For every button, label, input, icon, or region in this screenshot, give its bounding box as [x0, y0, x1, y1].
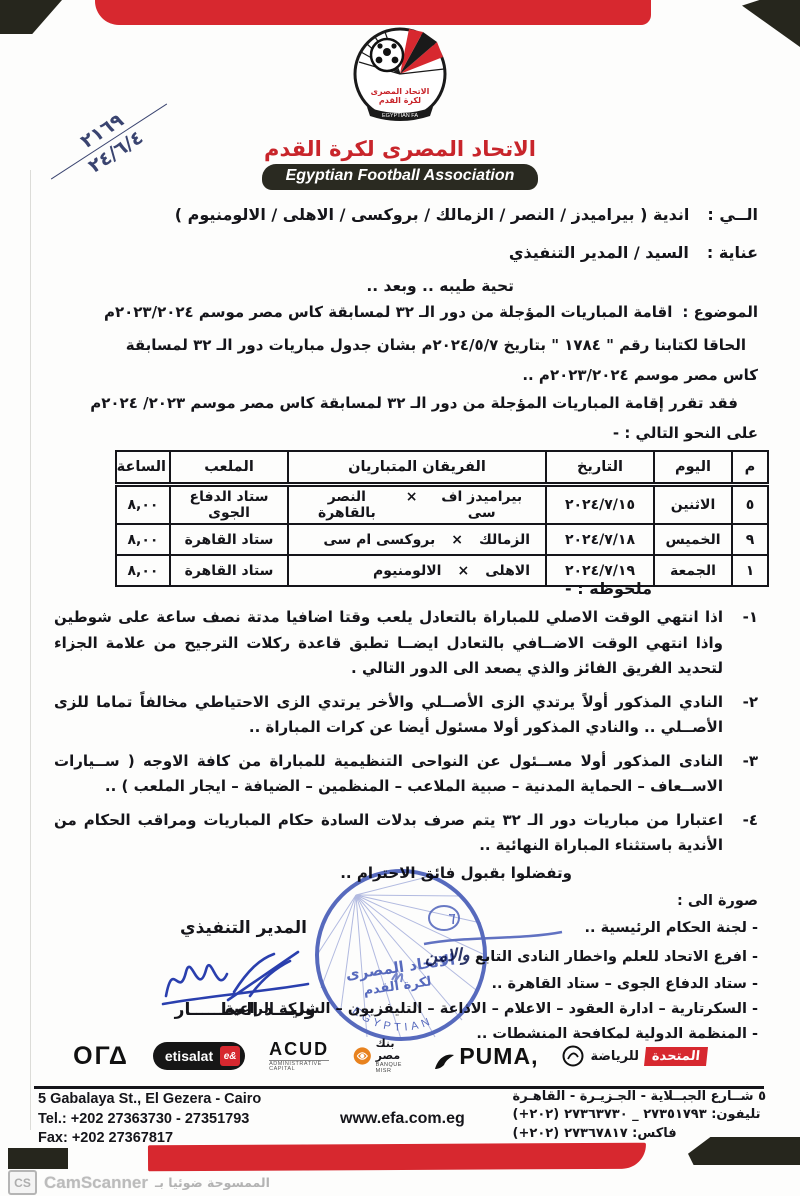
- footer-address-ar: ٥ شــارع الجبــلاية - الجـزيـرة - القاهـ…: [513, 1088, 766, 1143]
- note-item: ٤- اعتبارا من مباريات دور الـ ٣٢ يتم صرف…: [54, 808, 758, 859]
- match-time: ٨,٠٠: [116, 555, 170, 586]
- camscanner-arabic: الممسوحة ضوئيا بـ: [155, 1175, 270, 1190]
- camscanner-watermark: CS CamScanner الممسوحة ضوئيا بـ: [8, 1170, 270, 1195]
- table-row: ٥ الاثنين ٢٠٢٤/٧/١٥ بيراميدز اف سى × الن…: [116, 485, 768, 525]
- footer-address-en: 5 Gabalaya St., El Gezera - Cairo Tel.: …: [38, 1090, 261, 1149]
- footer-website: www.efa.com.eg: [340, 1110, 465, 1128]
- sponsor-etisalat-logo: etisalat e&: [153, 1042, 245, 1070]
- team-a: بيراميدز اف سى: [433, 489, 530, 521]
- match-number: ٥: [732, 485, 768, 525]
- attention-value: السيد / المدير التنفيذي: [509, 243, 689, 262]
- efa-logo: الاتحاد المصرى لكرة القدم EGYPTIAN FA: [347, 24, 453, 132]
- address-line-ar: ٥ شــارع الجبــلاية - الجـزيـرة - القاهـ…: [513, 1088, 766, 1106]
- body-paragraph-2: كاس مصر موسم ٢٠٢٣/٢٠٢٤م ..: [40, 366, 758, 384]
- note-text: اذا انتهي الوقت الاصلي للمباراة بالتعادل…: [54, 605, 723, 682]
- subject-value: اقامة المباريات المؤجلة من دور الـ ٣٢ لم…: [104, 303, 672, 321]
- table-header-cell: الفريقان المتباريان: [288, 451, 546, 485]
- greeting: تحية طيبه .. وبعد ..: [366, 277, 514, 295]
- note-text: النادى المذكور أولا مســئول عن النواحى ا…: [54, 749, 723, 800]
- table-header-cell: الملعب: [170, 451, 288, 485]
- match-stadium: ستاد الدفاع الجوى: [170, 485, 288, 525]
- note-number: ٤-: [732, 808, 758, 859]
- to-value: اندية ( بيراميدز / النصر / الزمالك / برو…: [175, 205, 690, 224]
- subject-label: الموضوع :: [682, 303, 758, 321]
- note-item: ٣- النادى المذكور أولا مســئول عن النواح…: [54, 749, 758, 800]
- note-number: ١-: [732, 605, 758, 682]
- logo-banner-text: EGYPTIAN FA: [382, 113, 418, 119]
- vs-mark: ×: [406, 489, 418, 521]
- team-b: الالومنيوم: [373, 563, 441, 579]
- sponsor-united-sports-logo: للرياضة المتحدة: [562, 1045, 706, 1067]
- bottom-red-band: [148, 1143, 646, 1172]
- match-day: الجمعة: [654, 555, 732, 586]
- match-stadium: ستاد القاهرة: [170, 524, 288, 555]
- scanned-letter-page: الاتحاد المصرى لكرة القدم EGYPTIAN FA ال…: [0, 0, 800, 1196]
- vs-mark: ×: [451, 532, 463, 548]
- table-header-cell: الساعة: [116, 451, 170, 485]
- scan-edge-line: [30, 170, 31, 1130]
- notes-list: ١- اذا انتهي الوقت الاصلي للمباراة بالتع…: [54, 605, 758, 867]
- match-teams: الزمالك × بروكسى ام سى: [288, 524, 546, 555]
- bottom-left-corner-band: [8, 1148, 68, 1169]
- body-paragraph-4: على النحو التالي : -: [40, 424, 758, 442]
- match-time: ٨,٠٠: [116, 485, 170, 525]
- official-stamp: الاتحاد المصرى لكرة القدم ٦ EGYPTIAN: [296, 860, 568, 1050]
- table-header-row: م اليوم التاريخ الفريقان المتباريان المل…: [116, 451, 768, 485]
- body-paragraph-1: الحاقا لكتابنا رقم " ١٧٨٤ " بتاريخ ٢٠٢٤/…: [40, 336, 758, 354]
- table-header-cell: التاريخ: [546, 451, 654, 485]
- stamp-hand-mark: ٦: [446, 909, 456, 928]
- match-number: ٩: [732, 524, 768, 555]
- match-teams: الاهلى × الالومنيوم: [288, 555, 546, 586]
- notes-title: ملحوظة : -: [565, 579, 652, 598]
- match-time: ٨,٠٠: [116, 524, 170, 555]
- note-item: ٢- النادي المذكور أولاً يرتدي الزى الأصـ…: [54, 690, 758, 741]
- org-banner-english: Egyptian Football Association: [262, 164, 539, 190]
- cs-icon: CS: [8, 1170, 37, 1195]
- subject-line: الموضوع : اقامة المباريات المؤجلة من دور…: [40, 303, 758, 321]
- match-date: ٢٠٢٤/٧/١٥: [546, 485, 654, 525]
- note-number: ٢-: [732, 690, 758, 741]
- sponsor-ora-logo: OΓΔ: [73, 1042, 129, 1071]
- attention-line: عناية : السيد / المدير التنفيذي: [40, 243, 758, 262]
- match-teams: بيراميدز اف سى × النصر بالقاهرة: [288, 485, 546, 525]
- team-a: الزمالك: [479, 532, 530, 548]
- to-label: الــي :: [707, 205, 758, 224]
- match-day: الاثنين: [654, 485, 732, 525]
- camscanner-name: CamScanner: [44, 1173, 148, 1193]
- table-row: ٩ الخميس ٢٠٢٤/٧/١٨ الزمالك × بروكسى ام س…: [116, 524, 768, 555]
- note-text: النادي المذكور أولاً يرتدي الزى الأصــلي…: [54, 690, 723, 741]
- logo-arabic-line2: لكرة القدم: [379, 96, 421, 105]
- team-b: بروكسى ام سى: [323, 532, 435, 548]
- team-a: الاهلى: [485, 563, 530, 579]
- to-line: الــي : اندية ( بيراميدز / النصر / الزما…: [40, 205, 758, 224]
- table-header-cell: اليوم: [654, 451, 732, 485]
- logo-arabic-line1: الاتحاد المصرى: [371, 87, 430, 96]
- note-item: ١- اذا انتهي الوقت الاصلي للمباراة بالتع…: [54, 605, 758, 682]
- fax-line-ar: فاكس: ٢٧٣٦٧٨١٧: [564, 1125, 677, 1143]
- table-header-cell: م: [732, 451, 768, 485]
- e-and-badge: e&: [220, 1046, 240, 1066]
- tel-line: Tel.: +202 27363730 - 27351793: [38, 1110, 261, 1130]
- body-paragraph-3: فقد تقرر إقامة المباريات المؤجلة من دور …: [40, 394, 758, 412]
- table-row: ١ الجمعة ٢٠٢٤/٧/١٩ الاهلى × الالومنيوم س…: [116, 555, 768, 586]
- note-number: ٣-: [732, 749, 758, 800]
- vs-mark: ×: [457, 563, 469, 579]
- team-b: النصر بالقاهرة: [304, 489, 390, 521]
- top-red-band: [95, 0, 651, 25]
- attention-label: عناية :: [707, 243, 758, 262]
- puma-cat-icon: [433, 1052, 457, 1070]
- match-number: ١: [732, 555, 768, 586]
- note-text: اعتبارا من مباريات دور الـ ٣٢ يتم صرف بد…: [54, 808, 723, 859]
- match-stadium: ستاد القاهرة: [170, 555, 288, 586]
- match-date: ٢٠٢٤/٧/١٨: [546, 524, 654, 555]
- tel-line-ar: تليفون: ٢٧٣٥١٧٩٣ _ ٢٧٣٦٣٧٣٠: [564, 1106, 760, 1124]
- matches-table: م اليوم التاريخ الفريقان المتباريان المل…: [115, 450, 769, 587]
- match-day: الخميس: [654, 524, 732, 555]
- address-line: 5 Gabalaya St., El Gezera - Cairo: [38, 1090, 261, 1110]
